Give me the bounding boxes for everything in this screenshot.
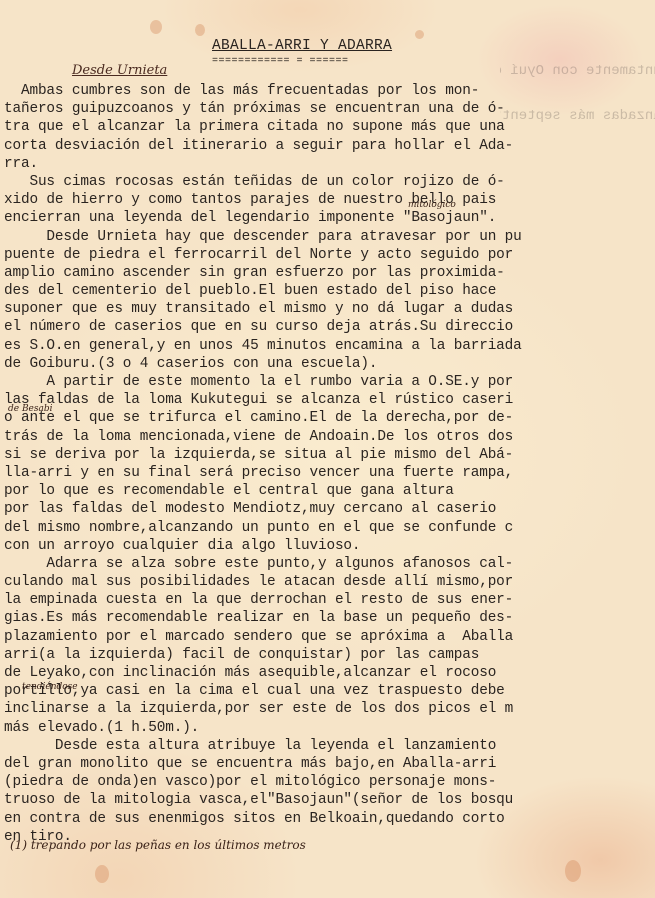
bleed-line: Juntamente con Oyuí constituyen estas mo… xyxy=(500,64,655,79)
text-line: del mismo nombre,alcanzando un punto en … xyxy=(4,519,655,537)
handwritten-footnote: (1) trepando por las peñas en los último… xyxy=(10,838,306,852)
text-line: de Goiburu.(3 o 4 caserios con una escue… xyxy=(4,355,655,373)
text-line: si se deriva por la izquierda,se situa a… xyxy=(4,446,655,464)
text-line: o ante el que se trifurca el camino.El d… xyxy=(4,409,655,427)
handwritten-subtitle: Desde Urnieta xyxy=(72,63,167,78)
text-line: corta desviación del itinerario a seguir… xyxy=(4,137,655,155)
text-line: suponer que es muy transitado el mismo y… xyxy=(4,300,655,318)
text-line: gias.Es más recomendable realizar en la … xyxy=(4,609,655,627)
text-line: encierran una leyenda del legendario imp… xyxy=(4,209,655,227)
paper-stain xyxy=(95,865,109,883)
text-line: (piedra de onda)en vasco)por el mitológi… xyxy=(4,773,655,791)
paper-stain xyxy=(150,20,162,34)
handwritten-annotation-besabi: de Besabi xyxy=(8,404,53,414)
paper-stain xyxy=(415,30,424,39)
handwritten-annotation-tendiendose: tendiéndose xyxy=(22,682,78,692)
text-line: con un arroyo cualquier dia algo lluvios… xyxy=(4,537,655,555)
text-line: por lo que es recomendable el central qu… xyxy=(4,482,655,500)
text-line: portillo,ya casi en la cima el cual una … xyxy=(4,682,655,700)
text-line: inclinarse a la izquierda,por ser este d… xyxy=(4,700,655,718)
text-line: amplio camino ascender sin gran esfuerzo… xyxy=(4,264,655,282)
text-line: arri(a la izquierda) facil de conquistar… xyxy=(4,646,655,664)
text-line: lla-arri y en su final será preciso venc… xyxy=(4,464,655,482)
title-underline: ============ = ====== xyxy=(212,56,349,67)
text-line: rra. xyxy=(4,155,655,173)
text-line: plazamiento por el marcado sendero que s… xyxy=(4,628,655,646)
paper-stain xyxy=(565,860,581,882)
text-line: Sus cimas rocosas están teñidas de un co… xyxy=(4,173,655,191)
handwritten-annotation-mitologico: mitológico xyxy=(408,200,456,210)
text-line: el número de caserios que en su curso de… xyxy=(4,318,655,336)
text-line: trás de la loma mencionada,viene de Ando… xyxy=(4,428,655,446)
text-line: Ambas cumbres son de las más frecuentada… xyxy=(4,82,655,100)
text-line: Desde Urnieta hay que descender para atr… xyxy=(4,228,655,246)
text-line: puente de piedra el ferrocarril del Nort… xyxy=(4,246,655,264)
text-line: culando mal sus posibilidades le atacan … xyxy=(4,573,655,591)
text-line: en contra de sus enenmigos sitos en Belk… xyxy=(4,810,655,828)
typewritten-body: Ambas cumbres son de las más frecuentada… xyxy=(4,82,655,846)
paper-stain xyxy=(195,24,205,36)
text-line: tra que el alcanzar la primera citada no… xyxy=(4,118,655,136)
text-line: la empinada cuesta en la que derrochan e… xyxy=(4,591,655,609)
text-line: A partir de este momento la el rumbo var… xyxy=(4,373,655,391)
text-line: las faldas de la loma Kukutegui se alcan… xyxy=(4,391,655,409)
text-line: más elevado.(1 h.50m.). xyxy=(4,719,655,737)
text-line: por las faldas del modesto Mendiotz,muy … xyxy=(4,500,655,518)
text-line: de Leyako,con inclinación más asequible,… xyxy=(4,664,655,682)
text-line: es S.O.en general,y en unos 45 minutos e… xyxy=(4,337,655,355)
text-line: del gran monolito que se encuentra más b… xyxy=(4,755,655,773)
document-title: ABALLA-ARRI Y ADARRA xyxy=(212,38,392,54)
document-page: Juntamente con Oyuí constituyen estas mo… xyxy=(0,0,655,898)
text-line: truoso de la mitologia vasca,el"Basojaun… xyxy=(4,791,655,809)
text-line: des del cementerio del pueblo.El buen es… xyxy=(4,282,655,300)
text-line: Adarra se alza sobre este punto,y alguno… xyxy=(4,555,655,573)
text-line: xido de hierro y como tantos parajes de … xyxy=(4,191,655,209)
text-line: Desde esta altura atribuye la leyenda el… xyxy=(4,737,655,755)
text-line: tañeros guipuzcoanos y tán próximas se e… xyxy=(4,100,655,118)
